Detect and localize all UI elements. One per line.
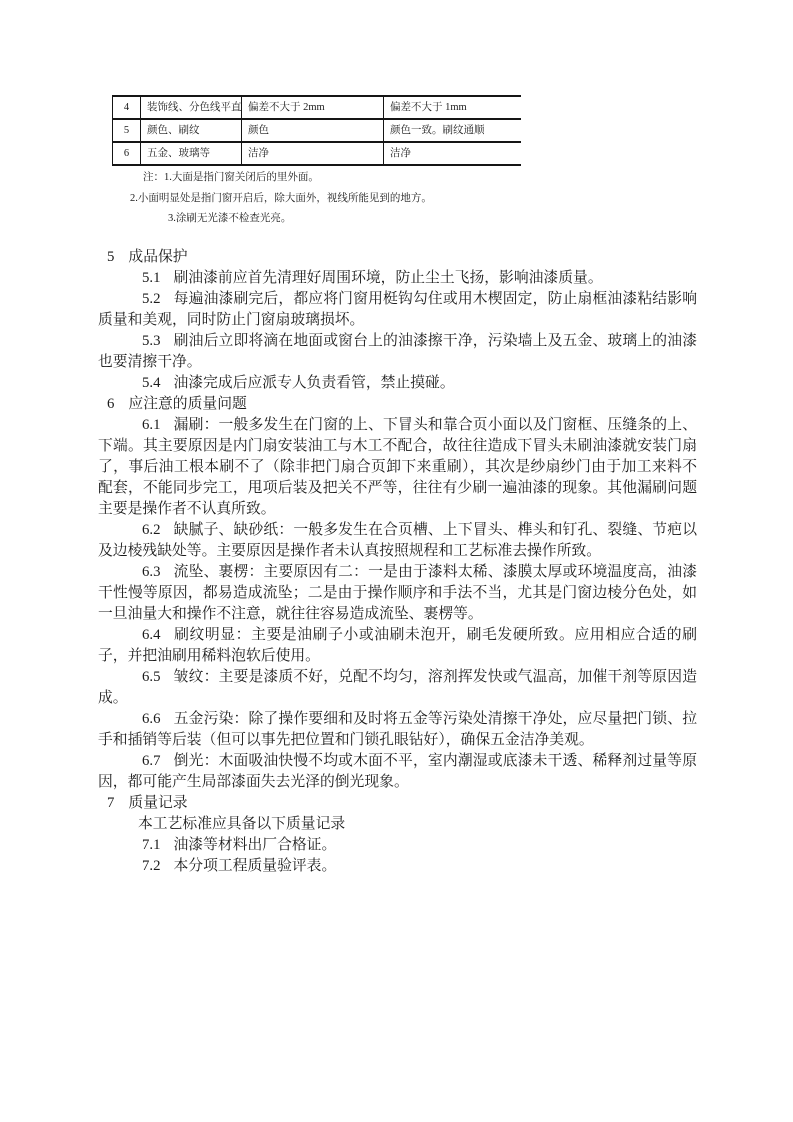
paragraph-5-1: 5.1刷油漆前应首先清理好周围环境，防止尘土飞扬，影响油漆质量。 xyxy=(98,268,697,289)
table-notes: 注：1.大面是指门窗关闭后的里外面。 2.小面明显处是指门窗开启后，除大面外，视… xyxy=(98,168,697,230)
table-cell-large-face: 洁净 xyxy=(242,142,384,165)
clause-text: 刷油漆前应首先清理好周围环境，防止尘土飞扬，影响油漆质量。 xyxy=(174,270,603,286)
clause-number: 5.2 xyxy=(142,291,161,307)
table-cell-item: 装饰线、分色线平直 xyxy=(141,96,242,119)
clause-text: 漏刷：一般多发生在门窗的上、下冒头和靠合页小面以及门窗框、压缝条的上、下端。其主… xyxy=(98,417,697,517)
table-cell-small-face: 颜色一致。刷纹通顺 xyxy=(384,119,521,142)
clause-text: 本分项工程质量验评表。 xyxy=(174,858,337,874)
table-cell-large-face: 颜色 xyxy=(242,119,384,142)
paragraph-7-1: 7.1油漆等材料出厂合格证。 xyxy=(98,835,697,856)
paragraph-5-3: 5.3刷油后立即将滴在地面或窗台上的油漆擦干净，污染墙上及五金、玻璃上的油漆也要… xyxy=(98,331,697,373)
clause-number: 6.4 xyxy=(142,627,161,643)
clause-number: 5.1 xyxy=(142,270,161,286)
clause-number: 6.1 xyxy=(142,417,161,433)
section-6-heading: 6应注意的质量问题 xyxy=(98,394,697,415)
section-7-heading: 7质量记录 xyxy=(98,793,697,814)
clause-number: 5.4 xyxy=(142,375,161,391)
clause-number: 5.3 xyxy=(142,333,161,349)
section-number: 6 xyxy=(107,396,114,412)
spec-table: 4 装饰线、分色线平直 偏差不大于 2mm 偏差不大于 1mm 5 颜色、刷纹 … xyxy=(112,95,521,166)
paragraph-6-5: 6.5皱纹：主要是漆质不好，兑配不均匀，溶剂挥发快或气温高，加催干剂等原因造成。 xyxy=(98,667,697,709)
document-body: 5成品保护 5.1刷油漆前应首先清理好周围环境，防止尘土飞扬，影响油漆质量。 5… xyxy=(98,247,697,877)
paragraph-6-7: 6.7倒光：木面吸油快慢不均或木面不平，室内潮湿或底漆未干透、稀释剂过量等原因，… xyxy=(98,751,697,793)
clause-text: 每遍油漆刷完后，都应将门窗用梃钩勾住或用木楔固定，防止扇框油漆粘结影响质量和美观… xyxy=(98,291,697,328)
section-number: 7 xyxy=(107,795,114,811)
clause-number: 6.7 xyxy=(142,753,161,769)
note-line: 2.小面明显处是指门窗开启后，除大面外，视线所能见到的地方。 xyxy=(98,189,697,210)
table-cell-small-face: 偏差不大于 1mm xyxy=(384,96,521,119)
clause-number: 6.3 xyxy=(142,564,161,580)
clause-number: 6.5 xyxy=(142,669,161,685)
clause-text: 油漆等材料出厂合格证。 xyxy=(174,837,337,853)
paragraph-5-4: 5.4油漆完成后应派专人负责看管，禁止摸碰。 xyxy=(98,373,697,394)
table-cell-large-face: 偏差不大于 2mm xyxy=(242,96,384,119)
section-title: 质量记录 xyxy=(128,795,187,811)
clause-number: 6.2 xyxy=(142,522,161,538)
clause-text: 缺腻子、缺砂纸：一般多发生在合页槽、上下冒头、榫头和钉孔、裂缝、节疤以及边棱残缺… xyxy=(98,522,697,559)
clause-text: 皱纹：主要是漆质不好，兑配不均匀，溶剂挥发快或气温高，加催干剂等原因造成。 xyxy=(98,669,697,706)
clause-text: 五金污染：除了操作要细和及时将五金等污染处清擦干净处，应尽量把门锁、拉手和插销等… xyxy=(98,711,697,748)
clause-text: 油漆完成后应派专人负责看管，禁止摸碰。 xyxy=(174,375,455,391)
clause-number: 6.6 xyxy=(142,711,161,727)
paragraph-6-4: 6.4刷纹明显：主要是油刷子小或油刷未泡开，刷毛发硬所致。应用相应合适的刷子，并… xyxy=(98,625,697,667)
clause-number: 7.1 xyxy=(142,837,161,853)
section-title: 成品保护 xyxy=(128,249,187,265)
table-row: 4 装饰线、分色线平直 偏差不大于 2mm 偏差不大于 1mm xyxy=(113,96,521,119)
table-cell-index: 5 xyxy=(113,119,141,142)
note-line: 注：1.大面是指门窗关闭后的里外面。 xyxy=(98,168,697,189)
clause-text: 倒光：木面吸油快慢不均或木面不平，室内潮湿或底漆未干透、稀释剂过量等原因，都可能… xyxy=(98,753,697,790)
paragraph-6-2: 6.2缺腻子、缺砂纸：一般多发生在合页槽、上下冒头、榫头和钉孔、裂缝、节疤以及边… xyxy=(98,520,697,562)
paragraph-6-1: 6.1漏刷：一般多发生在门窗的上、下冒头和靠合页小面以及门窗框、压缝条的上、下端… xyxy=(98,415,697,520)
table-cell-index: 4 xyxy=(113,96,141,119)
table-row: 6 五金、玻璃等 洁净 洁净 xyxy=(113,142,521,165)
document-page: 4 装饰线、分色线平直 偏差不大于 2mm 偏差不大于 1mm 5 颜色、刷纹 … xyxy=(0,0,793,1122)
clause-text: 刷纹明显：主要是油刷子小或油刷未泡开，刷毛发硬所致。应用相应合适的刷子，并把油刷… xyxy=(98,627,697,664)
note-line: 3.涂刷无光漆不检查光亮。 xyxy=(98,209,697,230)
table-cell-index: 6 xyxy=(113,142,141,165)
table-cell-item: 五金、玻璃等 xyxy=(141,142,242,165)
clause-text: 刷油后立即将滴在地面或窗台上的油漆擦干净，污染墙上及五金、玻璃上的油漆也要清擦干… xyxy=(98,333,697,370)
section-title: 应注意的质量问题 xyxy=(128,396,246,412)
table-cell-small-face: 洁净 xyxy=(384,142,521,165)
paragraph-7-2: 7.2本分项工程质量验评表。 xyxy=(98,856,697,877)
section-7-intro: 本工艺标准应具备以下质量记录 xyxy=(98,814,697,835)
page-content: 4 装饰线、分色线平直 偏差不大于 2mm 偏差不大于 1mm 5 颜色、刷纹 … xyxy=(98,95,697,877)
section-5-heading: 5成品保护 xyxy=(98,247,697,268)
paragraph-6-6: 6.6五金污染：除了操作要细和及时将五金等污染处清擦干净处，应尽量把门锁、拉手和… xyxy=(98,709,697,751)
paragraph-5-2: 5.2每遍油漆刷完后，都应将门窗用梃钩勾住或用木楔固定，防止扇框油漆粘结影响质量… xyxy=(98,289,697,331)
clause-number: 7.2 xyxy=(142,858,161,874)
paragraph-6-3: 6.3流坠、裹楞：主要原因有二：一是由于漆料太稀、漆膜太厚或环境温度高，油漆干性… xyxy=(98,562,697,625)
section-number: 5 xyxy=(107,249,114,265)
table-cell-item: 颜色、刷纹 xyxy=(141,119,242,142)
clause-text: 流坠、裹楞：主要原因有二：一是由于漆料太稀、漆膜太厚或环境温度高，油漆干性慢等原… xyxy=(98,564,697,622)
table-row: 5 颜色、刷纹 颜色 颜色一致。刷纹通顺 xyxy=(113,119,521,142)
